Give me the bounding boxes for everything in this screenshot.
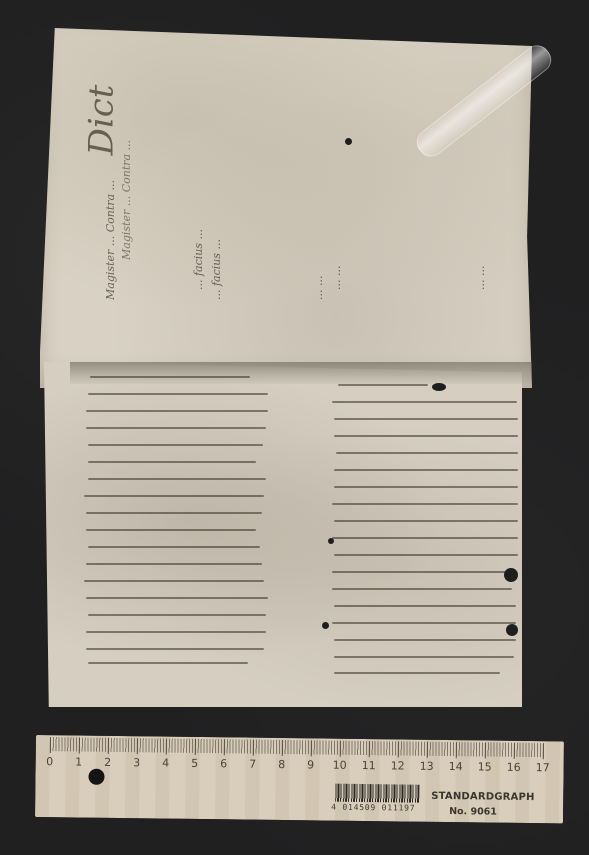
cm-label: 4 [162, 757, 169, 770]
upper-entry-3: ... ... [312, 276, 325, 300]
wormhole [322, 622, 329, 629]
ruler-model: No. 9061 [449, 806, 497, 818]
cm-label: 8 [278, 758, 285, 771]
edge-damage [504, 568, 518, 582]
cm-label: 6 [220, 757, 227, 770]
upper-entry-2: ... facius ... [192, 229, 205, 290]
cm-label: 12 [391, 759, 405, 772]
cm-label: 11 [362, 759, 376, 772]
barcode-number: 4 014509 011197 [331, 803, 415, 813]
cm-label: 16 [507, 761, 521, 774]
cm-label: 14 [449, 760, 463, 773]
upper-entry-1b: Magister ... Contra ... [120, 140, 133, 260]
edge-damage [506, 624, 518, 636]
ruler-brand: STANDARDGRAPH [431, 791, 534, 803]
upper-entry-3b: ... ... [330, 266, 343, 290]
wormhole [345, 138, 352, 145]
cm-label: 13 [420, 760, 434, 773]
fold-shadow [70, 362, 532, 384]
upper-entry-2b: ... facius ... [210, 239, 223, 300]
cm-label: 3 [133, 756, 140, 769]
cm-label: 1 [75, 755, 82, 768]
cm-label: 5 [191, 757, 198, 770]
wormhole [432, 383, 446, 391]
scale-ruler: 0 1 2 3 4 5 6 7 8 9 10 11 12 13 14 15 16… [35, 735, 564, 823]
upper-entry-1: Magister ... Contra ... [104, 180, 117, 300]
ruler-mm-ticks [50, 737, 545, 757]
cm-label: 2 [104, 756, 111, 769]
cm-label: 9 [307, 758, 314, 771]
ruler-hang-hole [88, 769, 104, 785]
cm-label: 17 [536, 761, 550, 774]
cm-label: 7 [249, 758, 256, 771]
cm-label: 15 [478, 760, 492, 773]
wormhole [328, 538, 334, 544]
initial-letter: Dict [81, 85, 121, 156]
cm-label: 0 [46, 755, 53, 768]
cm-label: 10 [333, 759, 347, 772]
upper-entry-4: ... ... [474, 266, 487, 290]
barcode [335, 784, 419, 803]
